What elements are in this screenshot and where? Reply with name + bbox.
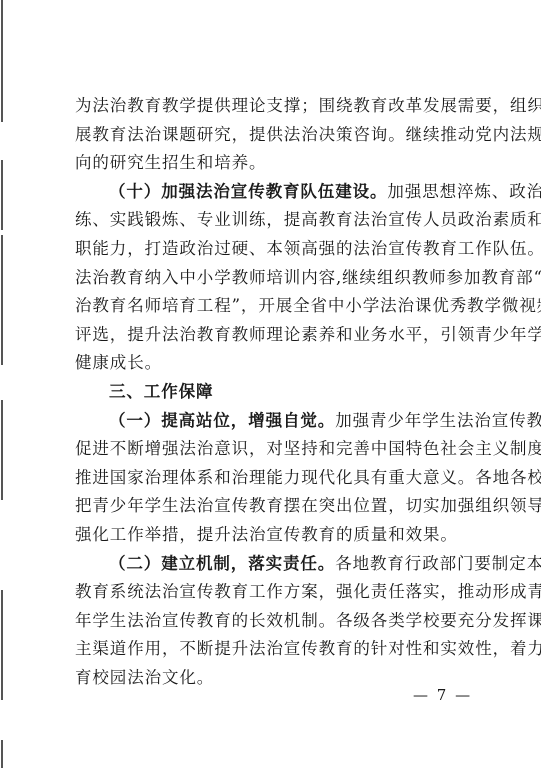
item-subhead: （十）加强法治宣传教育队伍建设。 — [109, 182, 387, 201]
text-line: 健康成长。 — [75, 349, 480, 378]
scan-edge-mark — [1, 235, 3, 365]
paragraph-item-1: （一）提高站位，增强自觉。加强青少年学生法治宣传教育， 促进不断增强法治意识，对… — [75, 407, 480, 550]
paragraph-item-2: （二）建立机制，落实责任。各地教育行政部门要制定本地 教育系统法治宣传教育工作方… — [75, 550, 480, 693]
text-line: 为法治教育教学提供理论支撑；围绕教育改革发展需要，组织开 — [75, 92, 480, 121]
text-line: 主渠道作用，不断提升法治宣传教育的针对性和实效性，着力培 — [75, 635, 480, 664]
text-line: 治教育名师培育工程”，开展全省中小学法治课优秀教学微视频 — [75, 292, 480, 321]
scan-edge-mark — [1, 400, 3, 500]
text-line: 促进不断增强法治意识，对坚持和完善中国特色社会主义制度、 — [75, 435, 480, 464]
text-line: 法治教育纳入中小学教师培训内容,继续组织教师参加教育部“法 — [75, 264, 480, 293]
text-line: 教育系统法治宣传教育工作方案，强化责任落实，推动形成青少 — [75, 578, 480, 607]
item-text: 加强思想淬炼、政治历 — [387, 182, 541, 201]
item-subhead: （一）提高站位，增强自觉。 — [109, 411, 335, 430]
scan-edge-mark — [1, 590, 3, 700]
text-line: 年学生法治宣传教育的长效机制。各级各类学校要充分发挥课堂 — [75, 607, 480, 636]
text-line: 强化工作举措，提升法治宣传教育的质量和效果。 — [75, 521, 480, 550]
item-text: 加强青少年学生法治宣传教育， — [335, 411, 541, 430]
text-line: （一）提高站位，增强自觉。加强青少年学生法治宣传教育， — [75, 407, 480, 436]
text-line: 展教育法治课题研究，提供法治决策咨询。继续推动党内法规方 — [75, 121, 480, 150]
scan-edge-mark — [1, 0, 3, 122]
item-text: 各地教育行政部门要制定本地 — [335, 554, 541, 573]
paragraph-continuation: 为法治教育教学提供理论支撑；围绕教育改革发展需要，组织开 展教育法治课题研究，提… — [75, 92, 480, 178]
text-line: 把青少年学生法治宣传教育摆在突出位置，切实加强组织领导， — [75, 492, 480, 521]
paragraph-item-10: （十）加强法治宣传教育队伍建设。加强思想淬炼、政治历 练、实践锻炼、专业训练，提… — [75, 178, 480, 378]
page-number: — 7 — — [413, 686, 472, 704]
text-line: 职能力，打造政治过硬、本领高强的法治宣传教育工作队伍。将 — [75, 235, 480, 264]
scan-edge-mark — [1, 740, 3, 768]
text-line: 推进国家治理体系和治理能力现代化具有重大意义。各地各校要 — [75, 464, 480, 493]
item-subhead: （二）建立机制，落实责任。 — [109, 554, 335, 573]
text-line: 评选，提升法治教育教师理论素养和业务水平，引领青少年学生 — [75, 321, 480, 350]
document-page: 为法治教育教学提供理论支撑；围绕教育改革发展需要，组织开 展教育法治课题研究，提… — [75, 92, 480, 692]
scan-edge-mark — [1, 160, 3, 230]
text-line: 向的研究生招生和培养。 — [75, 149, 480, 178]
text-line: （二）建立机制，落实责任。各地教育行政部门要制定本地 — [75, 550, 480, 579]
section-heading: 三、工作保障 — [75, 378, 480, 407]
text-line: （十）加强法治宣传教育队伍建设。加强思想淬炼、政治历 — [75, 178, 480, 207]
text-line: 练、实践锻炼、专业训练，提高教育法治宣传人员政治素质和履 — [75, 206, 480, 235]
